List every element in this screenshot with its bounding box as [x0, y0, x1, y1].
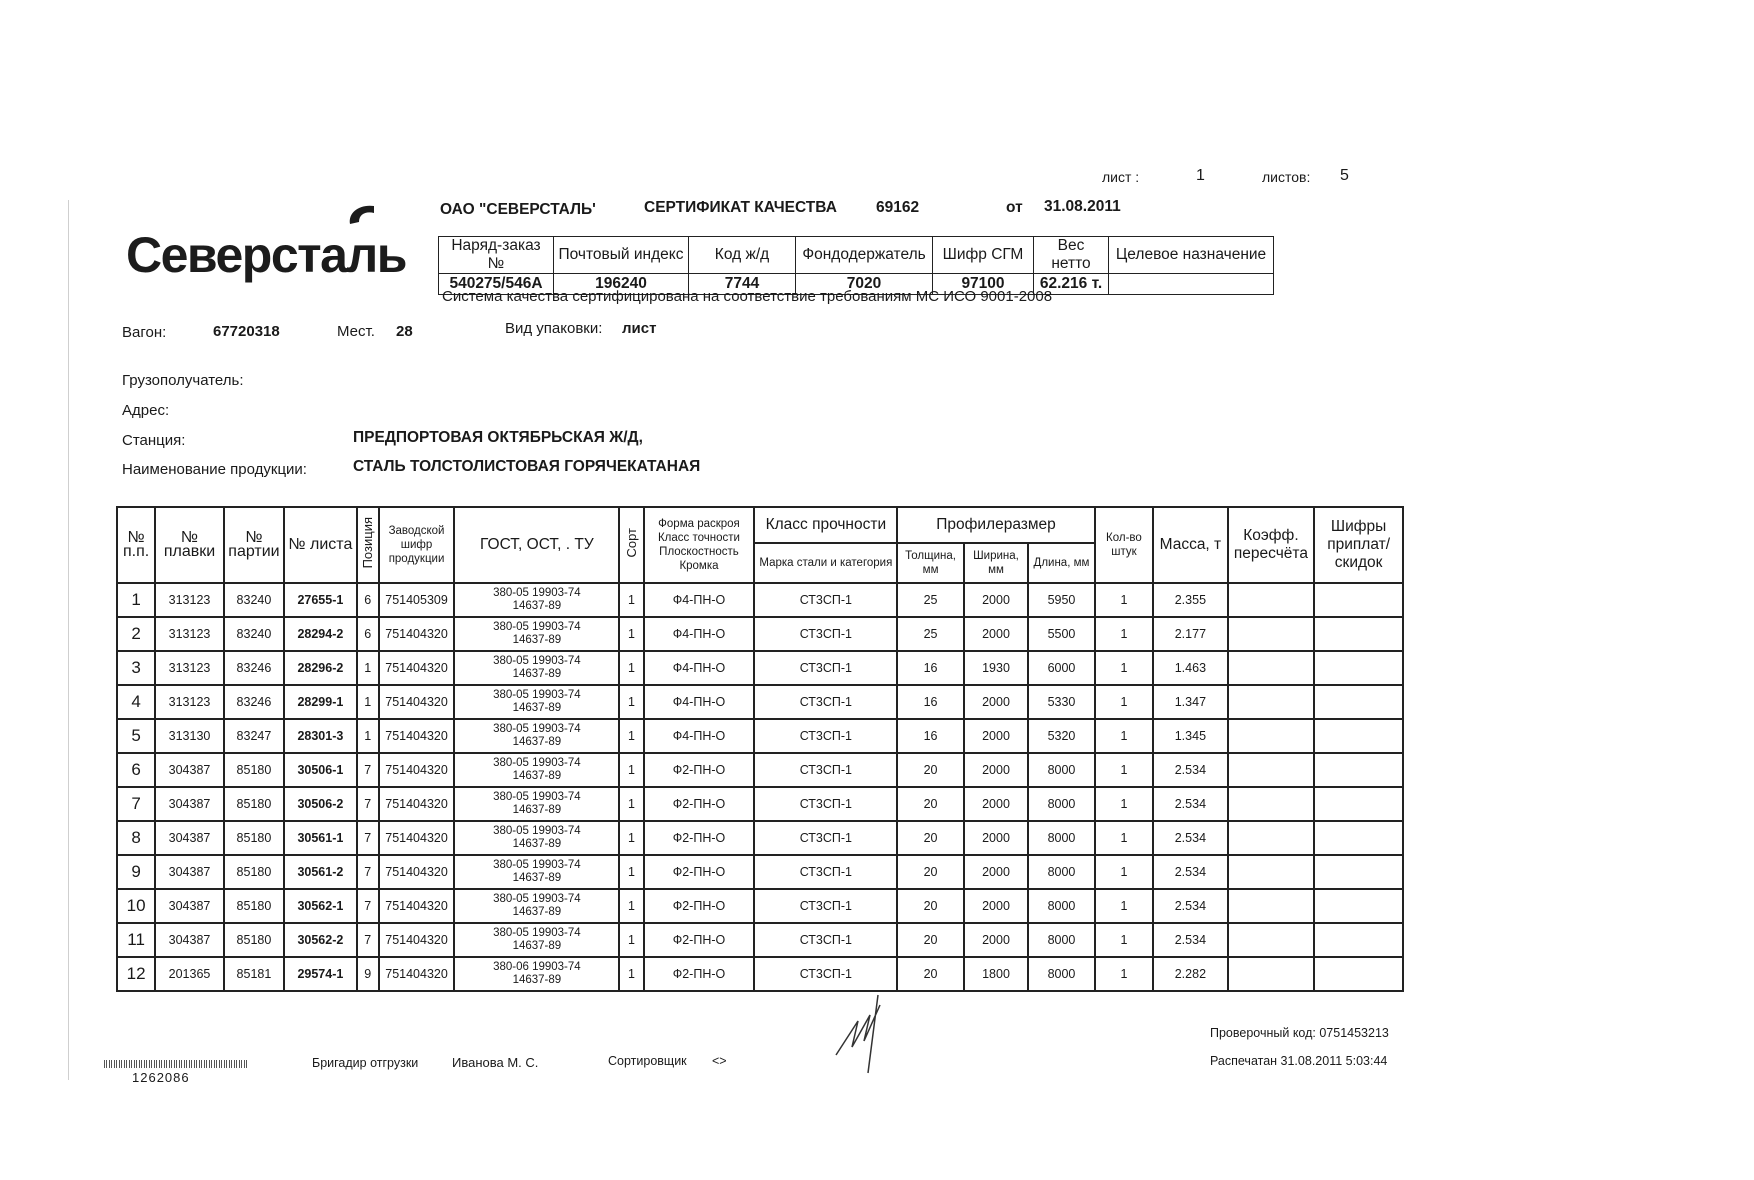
signature [830, 985, 910, 1075]
cell-steel-grade: СТ3СП-1 [754, 651, 897, 685]
foreman-name: Иванова М. С. [452, 1055, 538, 1070]
cell-sheet-number: 30561-2 [284, 855, 357, 889]
sheet-label: лист : [1102, 169, 1139, 185]
col-form: Форма раскроя Класс точности Плоскостнос… [644, 507, 755, 583]
cell-length: 5320 [1028, 719, 1094, 753]
cell-thickness: 16 [897, 651, 963, 685]
col-sort: Сорт [619, 507, 643, 583]
cell-sort: 1 [619, 583, 643, 617]
purpose [1109, 274, 1274, 295]
cell-steel-grade: СТ3СП-1 [754, 685, 897, 719]
cell-row-number: 10 [117, 889, 155, 923]
cell-sort: 1 [619, 651, 643, 685]
cell-cut-form: Ф4-ПН-О [644, 719, 755, 753]
cell-width: 2000 [964, 753, 1028, 787]
cell-cut-form: Ф4-ПН-О [644, 617, 755, 651]
cell-steel-grade: СТ3СП-1 [754, 719, 897, 753]
col-no: № п.п. [117, 507, 155, 583]
company-logo: Северсталь [126, 226, 406, 284]
foreman-label: Бригадир отгрузки [312, 1056, 418, 1070]
cell-coefficient [1228, 855, 1315, 889]
col-coef: Коэфф. пересчёта [1228, 507, 1315, 583]
cell-batch-number: 85181 [224, 957, 284, 991]
cell-sheet-number: 30506-2 [284, 787, 357, 821]
cell-quantity: 1 [1095, 855, 1153, 889]
cell-cut-form: Ф2-ПН-О [644, 753, 755, 787]
col-sheet: № листа [284, 507, 357, 583]
cell-quantity: 1 [1095, 651, 1153, 685]
table-row: 103043878518030562-17751404320380-05 199… [117, 889, 1403, 923]
cell-thickness: 25 [897, 617, 963, 651]
cell-sheet-number: 30562-1 [284, 889, 357, 923]
cell-width: 2000 [964, 821, 1028, 855]
cell-factory-code: 751404320 [379, 753, 455, 787]
cell-position: 7 [357, 855, 379, 889]
cell-coefficient [1228, 957, 1315, 991]
cell-quantity: 1 [1095, 753, 1153, 787]
cell-gost: 380-05 19903-7414637-89 [454, 855, 619, 889]
postal-index-header: Почтовый индекс [554, 237, 689, 274]
cell-batch-number: 83247 [224, 719, 284, 753]
sheets-label: листов: [1262, 169, 1310, 185]
cell-factory-code: 751404320 [379, 821, 455, 855]
cell-sort: 1 [619, 617, 643, 651]
cell-melt-number: 304387 [155, 787, 223, 821]
cell-mass: 2.534 [1153, 889, 1228, 923]
cell-coefficient [1228, 753, 1315, 787]
col-mass: Масса, т [1153, 507, 1228, 583]
cell-quantity: 1 [1095, 685, 1153, 719]
cell-thickness: 20 [897, 855, 963, 889]
cell-sheet-number: 29574-1 [284, 957, 357, 991]
cell-sheet-number: 28301-3 [284, 719, 357, 753]
cell-cut-form: Ф2-ПН-О [644, 821, 755, 855]
cell-gost: 380-06 19903-7414637-89 [454, 957, 619, 991]
station: ПРЕДПОРТОВАЯ ОКТЯБРЬСКАЯ Ж/Д, [353, 429, 643, 447]
cell-thickness: 20 [897, 889, 963, 923]
cell-sheet-number: 30561-1 [284, 821, 357, 855]
cell-length: 8000 [1028, 821, 1094, 855]
cell-surcharge-codes [1314, 923, 1403, 957]
cell-mass: 2.534 [1153, 923, 1228, 957]
cell-coefficient [1228, 889, 1315, 923]
cell-coefficient [1228, 923, 1315, 957]
cell-sort: 1 [619, 855, 643, 889]
packing-label: Вид упаковки: [505, 320, 602, 337]
sorter-value: <> [712, 1054, 727, 1068]
cell-thickness: 25 [897, 583, 963, 617]
certificate-table: № п.п. № плавки № партии № листа Позиция… [116, 506, 1404, 992]
cell-surcharge-codes [1314, 685, 1403, 719]
doc-date: 31.08.2011 [1044, 198, 1121, 216]
cell-batch-number: 85180 [224, 923, 284, 957]
table-row: 122013658518129574-19751404320380-06 199… [117, 957, 1403, 991]
cell-quantity: 1 [1095, 957, 1153, 991]
table-row: 63043878518030506-17751404320380-05 1990… [117, 753, 1403, 787]
purpose-header: Целевое назначение [1109, 237, 1274, 274]
product-name: СТАЛЬ ТОЛСТОЛИСТОВАЯ ГОРЯЧЕКАТАНАЯ [353, 458, 700, 476]
cell-gost: 380-05 19903-7414637-89 [454, 685, 619, 719]
cell-steel-grade: СТ3СП-1 [754, 583, 897, 617]
cell-sheet-number: 30506-1 [284, 753, 357, 787]
cell-position: 7 [357, 923, 379, 957]
col-strength: Класс прочности [754, 507, 897, 543]
cell-row-number: 12 [117, 957, 155, 991]
table-row: 73043878518030506-27751404320380-05 1990… [117, 787, 1403, 821]
cell-cut-form: Ф2-ПН-О [644, 787, 755, 821]
doc-number: 69162 [876, 199, 919, 217]
cell-sort: 1 [619, 889, 643, 923]
cell-width: 2000 [964, 923, 1028, 957]
cell-position: 7 [357, 753, 379, 787]
cell-length: 8000 [1028, 957, 1094, 991]
cell-mass: 2.534 [1153, 787, 1228, 821]
col-codes: Шифры приплат/ скидок [1314, 507, 1403, 583]
cell-melt-number: 304387 [155, 855, 223, 889]
cell-mass: 1.347 [1153, 685, 1228, 719]
table-row: 113043878518030562-27751404320380-05 199… [117, 923, 1403, 957]
sheet-number: 1 [1196, 167, 1205, 185]
col-factory-code: Заводской шифр продукции [379, 507, 455, 583]
cell-melt-number: 313123 [155, 583, 223, 617]
cell-thickness: 20 [897, 821, 963, 855]
cell-melt-number: 313123 [155, 651, 223, 685]
cell-gost: 380-05 19903-7414637-89 [454, 753, 619, 787]
cell-cut-form: Ф2-ПН-О [644, 923, 755, 957]
cell-melt-number: 201365 [155, 957, 223, 991]
cell-quantity: 1 [1095, 923, 1153, 957]
cell-length: 6000 [1028, 651, 1094, 685]
cell-steel-grade: СТ3СП-1 [754, 923, 897, 957]
cell-coefficient [1228, 583, 1315, 617]
cell-row-number: 5 [117, 719, 155, 753]
cell-length: 8000 [1028, 753, 1094, 787]
cell-length: 5950 [1028, 583, 1094, 617]
cell-thickness: 16 [897, 719, 963, 753]
cell-coefficient [1228, 821, 1315, 855]
cell-mass: 1.345 [1153, 719, 1228, 753]
order-header: Наряд-заказ № [439, 237, 554, 274]
cell-melt-number: 304387 [155, 821, 223, 855]
table-body: 13131238324027655-16751405309380-05 1990… [117, 583, 1403, 991]
net-weight-header: Вес нетто [1034, 237, 1109, 274]
cell-mass: 2.534 [1153, 753, 1228, 787]
places-label: Мест. [337, 323, 375, 340]
table-row: 23131238324028294-26751404320380-05 1990… [117, 617, 1403, 651]
cell-width: 2000 [964, 855, 1028, 889]
cell-factory-code: 751404320 [379, 787, 455, 821]
cell-row-number: 2 [117, 617, 155, 651]
cell-position: 6 [357, 583, 379, 617]
cell-sort: 1 [619, 821, 643, 855]
cell-factory-code: 751404320 [379, 651, 455, 685]
page-margin-line [68, 200, 69, 1080]
table-row: 13131238324027655-16751405309380-05 1990… [117, 583, 1403, 617]
quality-note: Система качества сертифицирована на соот… [442, 288, 1052, 305]
cell-length: 8000 [1028, 855, 1094, 889]
cell-length: 5330 [1028, 685, 1094, 719]
cell-length: 8000 [1028, 889, 1094, 923]
cell-surcharge-codes [1314, 617, 1403, 651]
table-row: 33131238324628296-21751404320380-05 1990… [117, 651, 1403, 685]
cell-gost: 380-05 19903-7414637-89 [454, 617, 619, 651]
cell-batch-number: 83246 [224, 685, 284, 719]
cell-sheet-number: 30562-2 [284, 923, 357, 957]
cell-surcharge-codes [1314, 787, 1403, 821]
cell-steel-grade: СТ3СП-1 [754, 753, 897, 787]
cell-gost: 380-05 19903-7414637-89 [454, 651, 619, 685]
cell-sheet-number: 28299-1 [284, 685, 357, 719]
cell-mass: 1.463 [1153, 651, 1228, 685]
cell-cut-form: Ф4-ПН-О [644, 685, 755, 719]
cell-thickness: 16 [897, 685, 963, 719]
cell-width: 2000 [964, 583, 1028, 617]
packing-type: лист [622, 320, 656, 337]
cell-batch-number: 85180 [224, 855, 284, 889]
col-position: Позиция [357, 507, 379, 583]
table-row: 43131238324628299-11751404320380-05 1990… [117, 685, 1403, 719]
barcode [104, 1060, 249, 1068]
col-qty: Кол-во штук [1095, 507, 1153, 583]
col-grade: Марка стали и категория [754, 543, 897, 583]
sheets-total: 5 [1340, 167, 1349, 185]
cell-steel-grade: СТ3СП-1 [754, 889, 897, 923]
cell-width: 2000 [964, 889, 1028, 923]
table-row: 93043878518030561-27751404320380-05 1990… [117, 855, 1403, 889]
cell-row-number: 6 [117, 753, 155, 787]
check-code: Проверочный код: 0751453213 [1210, 1026, 1389, 1040]
places-count: 28 [396, 323, 413, 340]
cell-melt-number: 304387 [155, 923, 223, 957]
cell-steel-grade: СТ3СП-1 [754, 821, 897, 855]
cell-row-number: 7 [117, 787, 155, 821]
cell-row-number: 11 [117, 923, 155, 957]
cell-position: 7 [357, 889, 379, 923]
col-melt: № плавки [155, 507, 223, 583]
cell-surcharge-codes [1314, 855, 1403, 889]
cell-sheet-number: 28294-2 [284, 617, 357, 651]
cell-sort: 1 [619, 685, 643, 719]
cell-width: 2000 [964, 617, 1028, 651]
cell-batch-number: 85180 [224, 787, 284, 821]
cell-coefficient [1228, 617, 1315, 651]
consignee-label: Грузополучатель: [122, 372, 244, 389]
cell-sheet-number: 28296-2 [284, 651, 357, 685]
cell-cut-form: Ф4-ПН-О [644, 583, 755, 617]
cell-row-number: 8 [117, 821, 155, 855]
cell-mass: 2.282 [1153, 957, 1228, 991]
cell-factory-code: 751404320 [379, 957, 455, 991]
cell-factory-code: 751404320 [379, 685, 455, 719]
cell-row-number: 9 [117, 855, 155, 889]
cell-melt-number: 313130 [155, 719, 223, 753]
cell-quantity: 1 [1095, 719, 1153, 753]
cell-cut-form: Ф2-ПН-О [644, 889, 755, 923]
table-row: 83043878518030561-17751404320380-05 1990… [117, 821, 1403, 855]
cell-factory-code: 751404320 [379, 889, 455, 923]
cell-mass: 2.355 [1153, 583, 1228, 617]
col-profile: Профилеразмер [897, 507, 1094, 543]
cell-position: 6 [357, 617, 379, 651]
cell-width: 1930 [964, 651, 1028, 685]
rail-code-header: Код ж/д [689, 237, 796, 274]
cell-coefficient [1228, 651, 1315, 685]
cell-gost: 380-05 19903-7414637-89 [454, 923, 619, 957]
cell-surcharge-codes [1314, 719, 1403, 753]
fund-holder-header: Фондодержатель [796, 237, 933, 274]
printed-timestamp: Распечатан 31.08.2011 5:03:44 [1210, 1054, 1387, 1068]
cell-melt-number: 313123 [155, 617, 223, 651]
order-info-table: Наряд-заказ № Почтовый индекс Код ж/д Фо… [438, 236, 1274, 295]
cell-batch-number: 85180 [224, 889, 284, 923]
cell-steel-grade: СТ3СП-1 [754, 617, 897, 651]
cell-row-number: 4 [117, 685, 155, 719]
cell-sheet-number: 27655-1 [284, 583, 357, 617]
product-label: Наименование продукции: [122, 461, 307, 478]
col-gost: ГОСТ, ОСТ, . ТУ [454, 507, 619, 583]
cell-gost: 380-05 19903-7414637-89 [454, 719, 619, 753]
cell-surcharge-codes [1314, 651, 1403, 685]
cell-factory-code: 751404320 [379, 617, 455, 651]
col-batch: № партии [224, 507, 284, 583]
cell-width: 2000 [964, 685, 1028, 719]
cell-width: 2000 [964, 787, 1028, 821]
barcode-number: 1262086 [132, 1070, 190, 1085]
cell-factory-code: 751404320 [379, 719, 455, 753]
cell-sort: 1 [619, 719, 643, 753]
cell-sort: 1 [619, 957, 643, 991]
cell-surcharge-codes [1314, 889, 1403, 923]
cell-length: 8000 [1028, 923, 1094, 957]
station-label: Станция: [122, 432, 185, 449]
cell-batch-number: 83246 [224, 651, 284, 685]
cell-position: 1 [357, 719, 379, 753]
cell-quantity: 1 [1095, 821, 1153, 855]
cell-cut-form: Ф2-ПН-О [644, 957, 755, 991]
cell-sort: 1 [619, 923, 643, 957]
cell-gost: 380-05 19903-7414637-89 [454, 583, 619, 617]
cell-factory-code: 751404320 [379, 923, 455, 957]
sgm-code-header: Шифр СГМ [933, 237, 1034, 274]
cell-thickness: 20 [897, 787, 963, 821]
cell-cut-form: Ф2-ПН-О [644, 855, 755, 889]
cell-quantity: 1 [1095, 787, 1153, 821]
company-name: ОАО "СЕВЕРСТАЛЬ' [440, 201, 596, 219]
col-length: Длина, мм [1028, 543, 1094, 583]
doc-title: СЕРТИФИКАТ КАЧЕСТВА [644, 199, 837, 217]
cell-sort: 1 [619, 787, 643, 821]
address-label: Адрес: [122, 402, 169, 419]
table-row: 53131308324728301-31751404320380-05 1990… [117, 719, 1403, 753]
cell-steel-grade: СТ3СП-1 [754, 787, 897, 821]
cell-coefficient [1228, 719, 1315, 753]
cell-quantity: 1 [1095, 583, 1153, 617]
cell-batch-number: 83240 [224, 617, 284, 651]
cell-thickness: 20 [897, 923, 963, 957]
cell-surcharge-codes [1314, 753, 1403, 787]
cell-row-number: 1 [117, 583, 155, 617]
cell-mass: 2.534 [1153, 821, 1228, 855]
cell-batch-number: 85180 [224, 753, 284, 787]
cell-sort: 1 [619, 753, 643, 787]
cell-width: 1800 [964, 957, 1028, 991]
cell-position: 9 [357, 957, 379, 991]
date-prefix: от [1006, 199, 1023, 217]
cell-quantity: 1 [1095, 889, 1153, 923]
cell-surcharge-codes [1314, 821, 1403, 855]
wagon-number: 67720318 [213, 323, 280, 340]
cell-melt-number: 313123 [155, 685, 223, 719]
cell-length: 5500 [1028, 617, 1094, 651]
col-width: Ширина, мм [964, 543, 1028, 583]
cell-factory-code: 751405309 [379, 583, 455, 617]
cell-steel-grade: СТ3СП-1 [754, 855, 897, 889]
cell-gost: 380-05 19903-7414637-89 [454, 821, 619, 855]
cell-position: 7 [357, 821, 379, 855]
wagon-label: Вагон: [122, 324, 166, 341]
cell-cut-form: Ф4-ПН-О [644, 651, 755, 685]
cell-gost: 380-05 19903-7414637-89 [454, 889, 619, 923]
cell-melt-number: 304387 [155, 753, 223, 787]
cell-coefficient [1228, 685, 1315, 719]
cell-position: 1 [357, 685, 379, 719]
cell-mass: 2.534 [1153, 855, 1228, 889]
cell-melt-number: 304387 [155, 889, 223, 923]
cell-width: 2000 [964, 719, 1028, 753]
cell-surcharge-codes [1314, 583, 1403, 617]
cell-quantity: 1 [1095, 617, 1153, 651]
col-thickness: Толщина, мм [897, 543, 963, 583]
cell-batch-number: 85180 [224, 821, 284, 855]
cell-coefficient [1228, 787, 1315, 821]
cell-position: 7 [357, 787, 379, 821]
cell-position: 1 [357, 651, 379, 685]
cell-gost: 380-05 19903-7414637-89 [454, 787, 619, 821]
cell-row-number: 3 [117, 651, 155, 685]
cell-mass: 2.177 [1153, 617, 1228, 651]
cell-surcharge-codes [1314, 957, 1403, 991]
cell-factory-code: 751404320 [379, 855, 455, 889]
sorter-label: Сортировщик [608, 1054, 687, 1068]
cell-length: 8000 [1028, 787, 1094, 821]
cell-thickness: 20 [897, 753, 963, 787]
cell-batch-number: 83240 [224, 583, 284, 617]
